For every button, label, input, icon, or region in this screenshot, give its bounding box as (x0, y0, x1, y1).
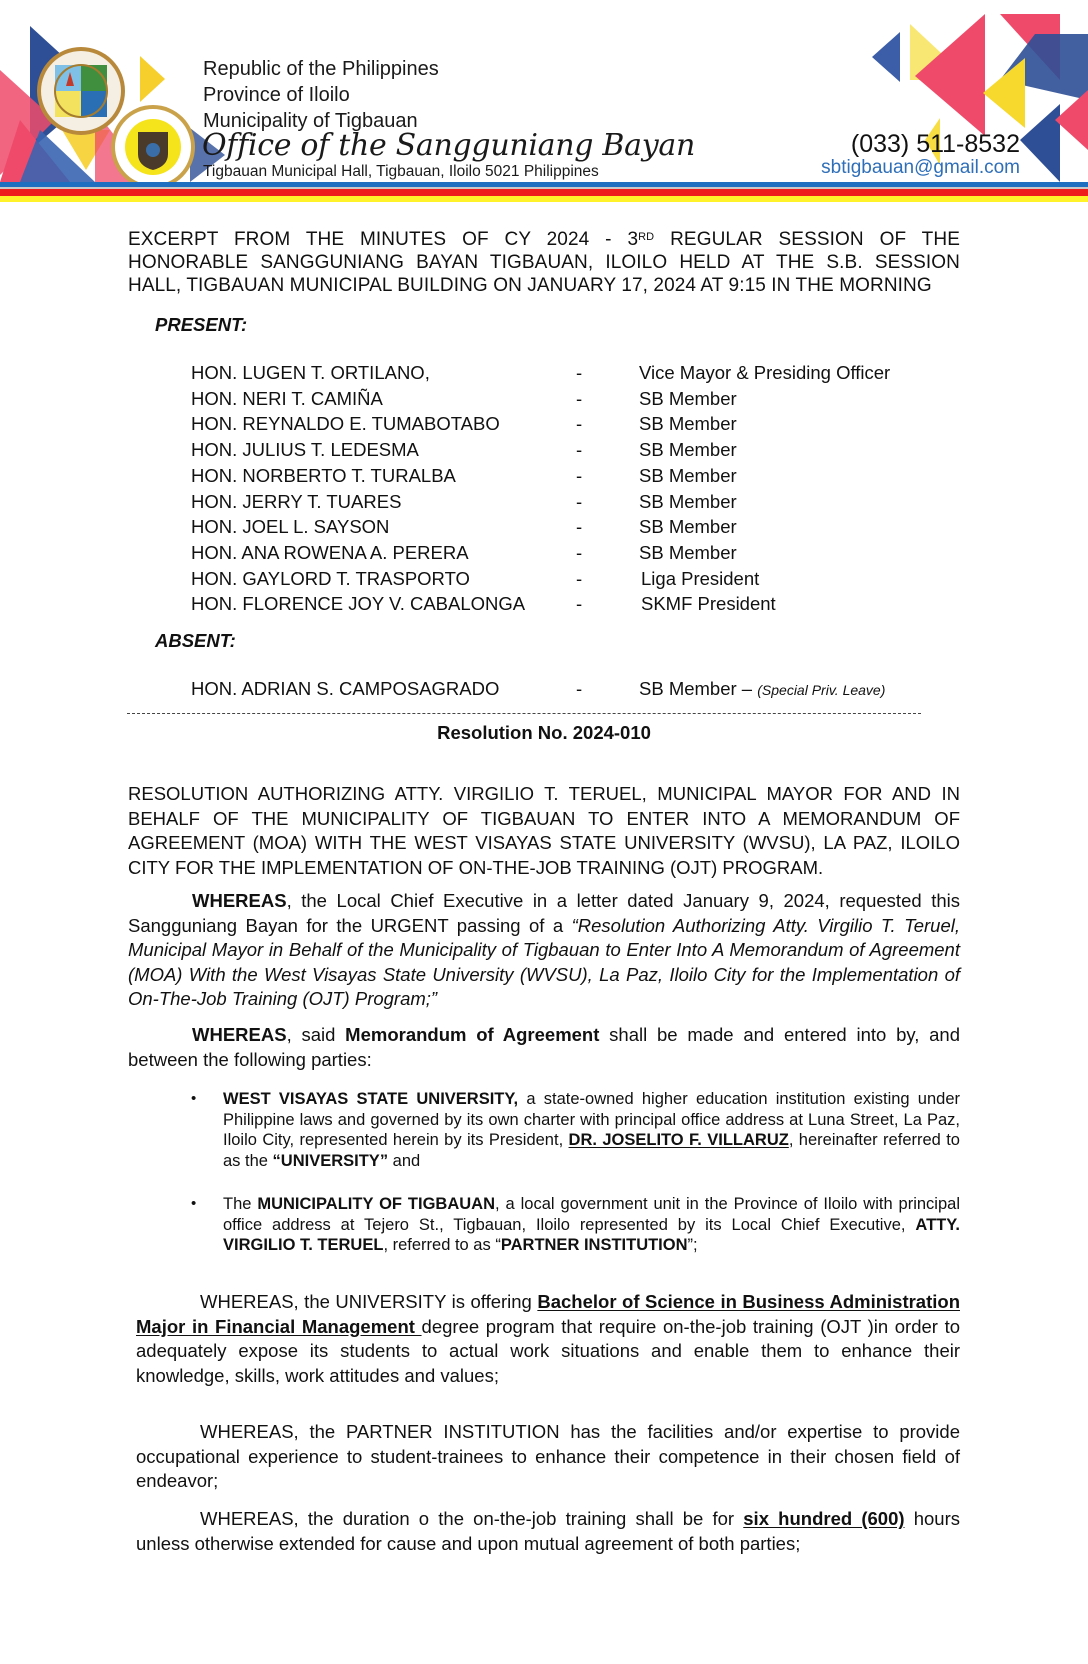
member-name: HON. ANA ROWENA A. PERERA (191, 542, 469, 564)
present-member-row: HON. NORBERTO T. TURALBA-SB Member (191, 465, 971, 489)
separator-dash: - (576, 491, 582, 513)
whereas-1: WHEREAS, the Local Chief Executive in a … (128, 889, 960, 1012)
letterhead: Republic of the Philippines Province of … (0, 0, 1088, 210)
member-name: HON. JULIUS T. LEDESMA (191, 439, 419, 461)
present-member-row: HON. FLORENCE JOY V. CABALONGA-SKMF Pres… (191, 593, 971, 617)
bullet-icon: • (191, 1195, 203, 1212)
member-position: SB Member – (Special Priv. Leave) (639, 678, 885, 700)
minutes-caption: EXCERPT FROM THE MINUTES OF CY 2024 - 3R… (128, 228, 960, 297)
whereas-2: WHEREAS, said Memorandum of Agreement sh… (128, 1023, 960, 1072)
separator-dash: - (576, 439, 582, 461)
resolution-title: RESOLUTION AUTHORIZING ATTY. VIRGILIO T.… (128, 782, 960, 880)
separator-dash: - (576, 678, 582, 700)
separator-dash: - (576, 388, 582, 410)
member-name: HON. FLORENCE JOY V. CABALONGA (191, 593, 525, 615)
email-link[interactable]: sbtigbauan@gmail.com (821, 157, 1020, 179)
member-position: SB Member (639, 439, 737, 461)
member-name: HON. JERRY T. TUARES (191, 491, 401, 513)
member-position: SB Member (639, 465, 737, 487)
phone-number: (033) 511-8532 (851, 130, 1020, 159)
member-position: SB Member (639, 542, 737, 564)
sangguniang-bayan-seal-icon (110, 104, 196, 190)
member-position: SKMF President (641, 593, 776, 615)
republic-line: Republic of the Philippines (203, 58, 439, 81)
separator-dash: - (576, 413, 582, 435)
member-name: HON. LUGEN T. ORTILANO, (191, 362, 430, 384)
separator-dash: - (576, 465, 582, 487)
present-member-row: HON. JOEL L. SAYSON-SB Member (191, 516, 971, 540)
absent-label: ABSENT: (155, 630, 236, 652)
member-position: SB Member (639, 516, 737, 538)
resolution-number: Resolution No. 2024-010 (0, 722, 1088, 744)
whereas-3: WHEREAS, the UNIVERSITY is offering Bach… (136, 1290, 960, 1388)
whereas-5: WHEREAS, the duration o the on-the-job t… (136, 1507, 960, 1556)
party-municipality: The MUNICIPALITY OF TIGBAUAN, a local go… (223, 1194, 960, 1256)
present-member-row: HON. NERI T. CAMIÑA-SB Member (191, 388, 971, 412)
present-member-row: HON. ANA ROWENA A. PERERA-SB Member (191, 542, 971, 566)
present-member-row: HON. JULIUS T. LEDESMA-SB Member (191, 439, 971, 463)
province-line: Province of Iloilo (203, 84, 350, 107)
stripe-yellow (0, 196, 1088, 202)
member-name: HON. GAYLORD T. TRASPORTO (191, 568, 470, 590)
present-label: PRESENT: (155, 314, 247, 336)
leave-note: (Special Priv. Leave) (757, 682, 885, 698)
member-name: HON. NORBERTO T. TURALBA (191, 465, 456, 487)
caption-line-1: EXCERPT FROM THE MINUTES OF CY 2024 - 3R… (128, 228, 960, 251)
stripe-red (0, 189, 1088, 196)
bullet-icon: • (191, 1090, 203, 1107)
member-name: HON. REYNALDO E. TUMABOTABO (191, 413, 500, 435)
separator-dash: - (576, 542, 582, 564)
member-name: HON. JOEL L. SAYSON (191, 516, 389, 538)
member-name: HON. ADRIAN S. CAMPOSAGRADO (191, 678, 499, 700)
member-position: SB Member (639, 491, 737, 513)
caption-line-3: HALL, TIGBAUAN MUNICIPAL BUILDING ON JAN… (128, 274, 960, 297)
section-divider (127, 713, 921, 714)
member-position: Vice Mayor & Presiding Officer (639, 362, 890, 384)
present-member-row: HON. LUGEN T. ORTILANO,-Vice Mayor & Pre… (191, 362, 971, 386)
office-address: Tigbauan Municipal Hall, Tigbauan, Iloil… (203, 163, 599, 181)
separator-dash: - (576, 593, 582, 615)
member-position: Liga President (641, 568, 759, 590)
member-position: SB Member (639, 388, 737, 410)
separator-dash: - (576, 568, 582, 590)
member-position: SB Member (639, 413, 737, 435)
caption-line-2: HONORABLE SANGGUNIANG BAYAN TIGBAUAN, IL… (128, 251, 960, 274)
present-member-row: HON. GAYLORD T. TRASPORTO-Liga President (191, 568, 971, 592)
party-university: WEST VISAYAS STATE UNIVERSITY, a state-o… (223, 1089, 960, 1171)
whereas-4: WHEREAS, the PARTNER INSTITUTION has the… (136, 1420, 960, 1494)
present-member-row: HON. REYNALDO E. TUMABOTABO-SB Member (191, 413, 971, 437)
present-member-row: HON. JERRY T. TUARES-SB Member (191, 491, 971, 515)
absent-row: HON. ADRIAN S. CAMPOSAGRADO - SB Member … (191, 678, 971, 702)
separator-dash: - (576, 362, 582, 384)
separator-dash: - (576, 516, 582, 538)
member-name: HON. NERI T. CAMIÑA (191, 388, 383, 410)
office-title: Office of the Sangguniang Bayan (202, 128, 695, 163)
